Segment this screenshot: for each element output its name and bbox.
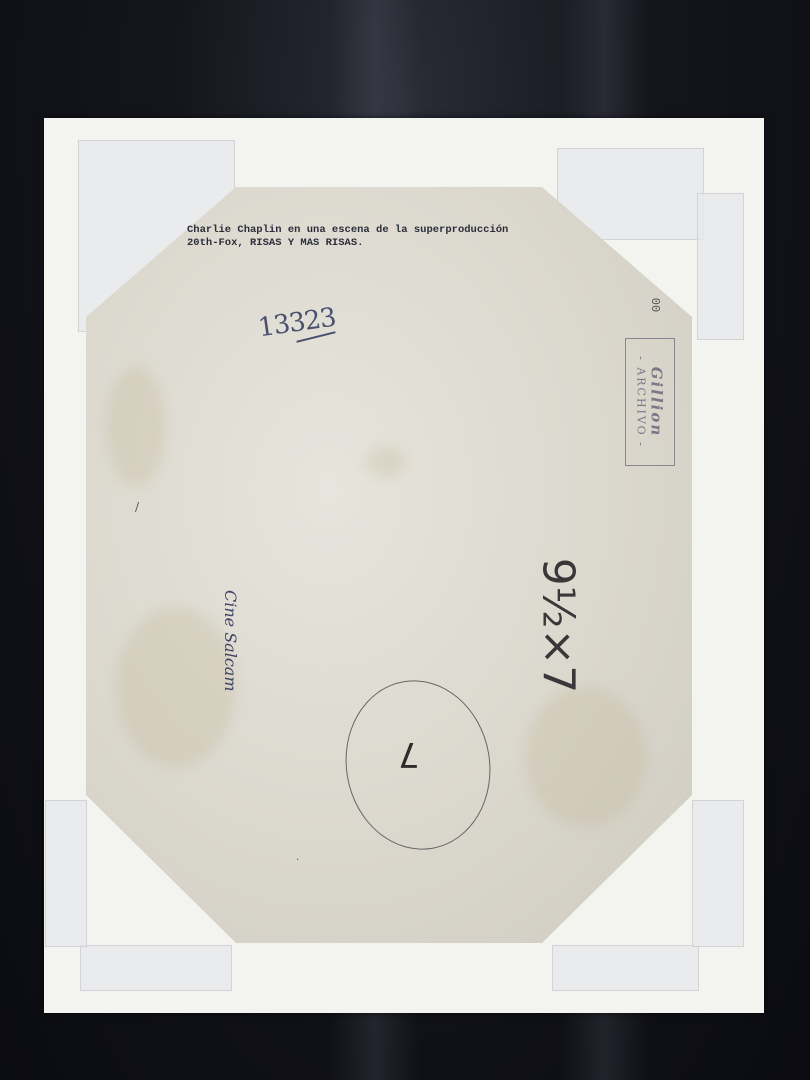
age-stain — [106, 367, 166, 487]
pencil-mark: / — [135, 500, 139, 514]
corner-sleeve-top-right-side — [697, 193, 744, 340]
corner-number: 00 — [648, 298, 662, 312]
circled-number: 7 — [398, 734, 420, 774]
pencil-dot: · — [296, 855, 299, 866]
typed-caption: Charlie Chaplin en una escena de la supe… — [187, 224, 508, 250]
caption-line-1: Charlie Chaplin en una escena de la supe… — [187, 224, 508, 236]
corner-sleeve-bottom-left — [80, 945, 232, 991]
size-note: 9½×7 — [532, 558, 583, 694]
corner-sleeve-bottom-left-side — [45, 800, 87, 947]
stamp-brand: Gillion — [648, 356, 666, 448]
vertical-handwritten-note: Cine Salcam — [221, 590, 240, 730]
age-stain — [366, 447, 406, 477]
caption-line-2: 20th-Fox, RISAS Y MAS RISAS. — [187, 237, 363, 249]
corner-sleeve-bottom-right-side — [692, 800, 744, 947]
stamp-label: - ARCHIVO - — [635, 356, 648, 448]
archive-stamp: Gillion - ARCHIVO - — [625, 338, 675, 466]
age-stain — [116, 607, 236, 767]
stamp-text: Gillion - ARCHIVO - — [635, 356, 666, 448]
age-stain — [526, 687, 646, 827]
corner-sleeve-bottom-right — [552, 945, 699, 991]
